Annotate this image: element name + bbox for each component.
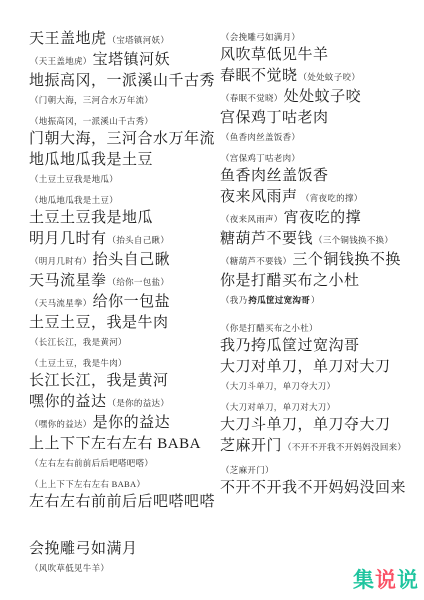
text-segment-small: （糖葫芦不要钱） — [220, 256, 292, 266]
text-line: 你是打醋买布之小杜 — [220, 270, 420, 291]
text-segment-large: 风吹草低见牛羊 — [220, 47, 329, 63]
text-segment-large: 处处蚊子咬 — [284, 89, 362, 105]
text-line: 门朝大海，三河合水万年流 — [29, 128, 219, 149]
text-segment-small: （宵夜吃的撑） — [298, 193, 364, 203]
text-line: （明月几时有）抬头自己瞅 — [29, 249, 219, 270]
text-segment-large: 长江长江，我是黄河 — [29, 373, 169, 389]
text-segment-large: 天马流星拳 — [29, 273, 107, 289]
text-line: 明月几时有（抬头自己瞅） — [29, 228, 219, 249]
text-line: （左右左右前前后后吧嗒吧嗒） — [29, 454, 219, 470]
text-line: （我乃挎瓜筐过宽沟哥） — [220, 291, 420, 307]
text-line: 嘿你的益达（是你的益达） — [29, 391, 219, 412]
text-segment-large: 上上下下左右左右 BABA — [29, 436, 201, 452]
text-segment-small: （春眠不觉晓） — [220, 93, 284, 103]
text-segment-small: （门朝大海，三河合水万年流） — [29, 95, 154, 105]
text-segment-large: 春眠不觉晓 — [220, 68, 298, 84]
text-segment-small: （给你一包盐） — [107, 277, 171, 287]
text-segment-small: （夜来风雨声） — [220, 214, 284, 224]
text-segment-large: 大刀对单刀，单刀对大刀 — [220, 359, 391, 375]
text-segment-small: （三个铜钱换不换） — [313, 235, 394, 245]
text-segment-small: （宫保鸡丁咕老肉） — [220, 153, 301, 163]
text-segment-large: 会挽雕弓如满月 — [29, 541, 138, 557]
text-segment-small: （明月几时有） — [29, 256, 93, 266]
text-line: （土豆土豆我是地瓜） — [29, 170, 219, 186]
text-line: （门朝大海，三河合水万年流） — [29, 91, 219, 107]
text-segment-small: （地振高冈，一派溪山千古秀） — [29, 116, 154, 126]
text-line: 天马流星拳（给你一包盐） — [29, 270, 219, 291]
text-line: （风吹草低见牛羊） — [29, 559, 219, 575]
text-segment-small: （鱼香肉丝盖饭香） — [220, 132, 301, 142]
text-line: 会挽雕弓如满月 — [29, 538, 219, 559]
text-segment-small: （嘿你的益达） — [29, 419, 93, 429]
text-segment-large: 明月几时有 — [29, 231, 107, 247]
text-segment-large: 宵夜吃的撑 — [284, 210, 362, 226]
text-line: （春眠不觉晓）处处蚊子咬 — [220, 86, 420, 107]
text-segment-small: （土豆土豆我是地瓜） — [29, 174, 119, 184]
text-segment-large: 宫保鸡丁咕老肉 — [220, 110, 329, 126]
text-line: 大刀对单刀，单刀对大刀 — [220, 356, 420, 377]
text-segment-large: 是你的益达 — [93, 415, 171, 431]
text-line: （宫保鸡丁咕老肉） — [220, 149, 420, 165]
text-segment-small: （抬头自己瞅） — [107, 235, 171, 245]
text-segment-large: 夜来风雨声 — [220, 189, 298, 205]
watermark-char: 说 — [375, 569, 397, 591]
text-segment-small: （左右左右前前后后吧嗒吧嗒） — [29, 458, 154, 468]
text-segment-small: （处处蚊子咬） — [298, 72, 362, 82]
text-segment-small: （我乃 — [220, 295, 248, 305]
text-line: 宫保鸡丁咕老肉 — [220, 107, 420, 128]
text-segment-large: 不开不开我不开妈妈没回来 — [220, 480, 406, 496]
text-segment-large: 土豆土豆，我是牛肉 — [29, 315, 169, 331]
text-line: （天王盖地虎）宝塔镇河妖 — [29, 49, 219, 70]
document-page: 天王盖地虎（宝塔镇河妖）（天王盖地虎）宝塔镇河妖地振高冈，一派溪山千古秀（门朝大… — [0, 0, 424, 600]
text-column-left: 天王盖地虎（宝塔镇河妖）（天王盖地虎）宝塔镇河妖地振高冈，一派溪山千古秀（门朝大… — [29, 28, 219, 575]
text-segment-small: ） — [310, 295, 321, 305]
line-gap — [29, 512, 219, 538]
text-line: （上上下下左右左右 BABA） — [29, 475, 219, 491]
text-line: （地瓜地瓜我是土豆） — [29, 191, 219, 207]
text-line: 芝麻开门（不开不开我不开妈妈没回来） — [220, 435, 420, 456]
text-line: 鱼香肉丝盖饭香 — [220, 165, 420, 186]
text-segment-small: （是你的益达） — [107, 398, 171, 408]
text-segment-large: 大刀斗单刀，单刀夺大刀 — [220, 417, 391, 433]
text-segment-large: 芝麻开门 — [220, 438, 282, 454]
text-line: 地瓜地瓜我是土豆 — [29, 149, 219, 170]
text-line: 土豆土豆我是地瓜 — [29, 207, 219, 228]
text-segment-large: 糖葫芦不要钱 — [220, 231, 313, 247]
text-column-right: （会挽雕弓如满月）风吹草低见牛羊春眠不觉晓（处处蚊子咬）（春眠不觉晓）处处蚊子咬… — [220, 28, 420, 498]
text-segment-small: 挎瓜筐过宽沟哥 — [248, 295, 310, 305]
text-segment-small: （长江长江，我是黄河） — [29, 337, 128, 347]
text-segment-large: 我乃挎瓜筐过宽沟哥 — [220, 338, 360, 354]
text-line: 夜来风雨声 （宵夜吃的撑） — [220, 186, 420, 207]
text-segment-large: 鱼香肉丝盖饭香 — [220, 168, 329, 184]
text-segment-large: 你是打醋买布之小杜 — [220, 273, 360, 289]
text-segment-large: 给你一包盐 — [93, 294, 171, 310]
text-line: 土豆土豆，我是牛肉 — [29, 312, 219, 333]
text-line: 我乃挎瓜筐过宽沟哥 — [220, 335, 420, 356]
text-segment-large: 门朝大海，三河合水万年流 — [29, 131, 215, 147]
text-segment-large: 三个铜钱换不换 — [292, 252, 401, 268]
watermark-char: 集 — [353, 569, 375, 591]
jishuoshuo-watermark-logo: 集说说 — [353, 569, 419, 591]
text-line: 上上下下左右左右 BABA — [29, 433, 219, 454]
text-line: 春眠不觉晓（处处蚊子咬） — [220, 65, 420, 86]
text-segment-small: （芝麻开门） — [220, 465, 275, 475]
text-line: （会挽雕弓如满月） — [220, 28, 420, 44]
text-segment-small: （大刀斗单刀，单刀夺大刀） — [220, 381, 336, 391]
text-segment-small: （你是打醋买布之小杜） — [220, 323, 319, 333]
text-line: 糖葫芦不要钱（三个铜钱换不换） — [220, 228, 420, 249]
text-segment-small: （土豆土豆，我是牛肉） — [29, 358, 128, 368]
text-line: （鱼香肉丝盖饭香） — [220, 128, 420, 144]
text-line: （嘿你的益达）是你的益达 — [29, 412, 219, 433]
text-segment-small: （天马流星拳） — [29, 298, 93, 308]
text-segment-large: 抬头自己瞅 — [93, 252, 171, 268]
text-line: （糖葫芦不要钱）三个铜钱换不换 — [220, 249, 420, 270]
text-line: 大刀斗单刀，单刀夺大刀 — [220, 414, 420, 435]
text-line: 长江长江，我是黄河 — [29, 370, 219, 391]
text-segment-small: （天王盖地虎） — [29, 56, 93, 66]
text-line: （地振高冈，一派溪山千古秀） — [29, 112, 219, 128]
text-line: （土豆土豆，我是牛肉） — [29, 354, 219, 370]
text-segment-large: 地振高冈，一派溪山千古秀 — [29, 73, 215, 89]
text-line: 左右左右前前后后吧嗒吧嗒 — [29, 491, 219, 512]
text-segment-large: 天王盖地虎 — [29, 31, 107, 47]
text-segment-large: 土豆土豆我是地瓜 — [29, 210, 153, 226]
text-line: （大刀对单刀，单刀对大刀） — [220, 398, 420, 414]
text-segment-small: （不开不开我不开妈妈没回来） — [282, 442, 407, 452]
text-line: 不开不开我不开妈妈没回来 — [220, 477, 420, 498]
text-segment-large: 宝塔镇河妖 — [93, 52, 171, 68]
text-line: （芝麻开门） — [220, 461, 420, 477]
watermark-char: 说 — [397, 569, 419, 591]
text-segment-large: 地瓜地瓜我是土豆 — [29, 152, 153, 168]
text-segment-large: 左右左右前前后后吧嗒吧嗒 — [29, 494, 215, 510]
text-segment-small: （上上下下左右左右 BABA） — [29, 479, 146, 489]
text-line: （夜来风雨声）宵夜吃的撑 — [220, 207, 420, 228]
text-line: （大刀斗单刀，单刀夺大刀） — [220, 377, 420, 393]
text-segment-small: （大刀对单刀，单刀对大刀） — [220, 402, 336, 412]
text-line: 地振高冈，一派溪山千古秀 — [29, 70, 219, 91]
text-line: 天王盖地虎（宝塔镇河妖） — [29, 28, 219, 49]
text-segment-small: （地瓜地瓜我是土豆） — [29, 195, 119, 205]
text-segment-large: 嘿你的益达 — [29, 394, 107, 410]
text-line: （长江长江，我是黄河） — [29, 333, 219, 349]
text-line: （天马流星拳）给你一包盐 — [29, 291, 219, 312]
text-line: （你是打醋买布之小杜） — [220, 319, 420, 335]
line-gap — [220, 307, 420, 319]
text-line: 风吹草低见牛羊 — [220, 44, 420, 65]
text-segment-small: （风吹草低见牛羊） — [29, 563, 110, 573]
text-segment-small: （宝塔镇河妖） — [107, 35, 171, 45]
text-segment-small: （会挽雕弓如满月） — [220, 32, 301, 42]
